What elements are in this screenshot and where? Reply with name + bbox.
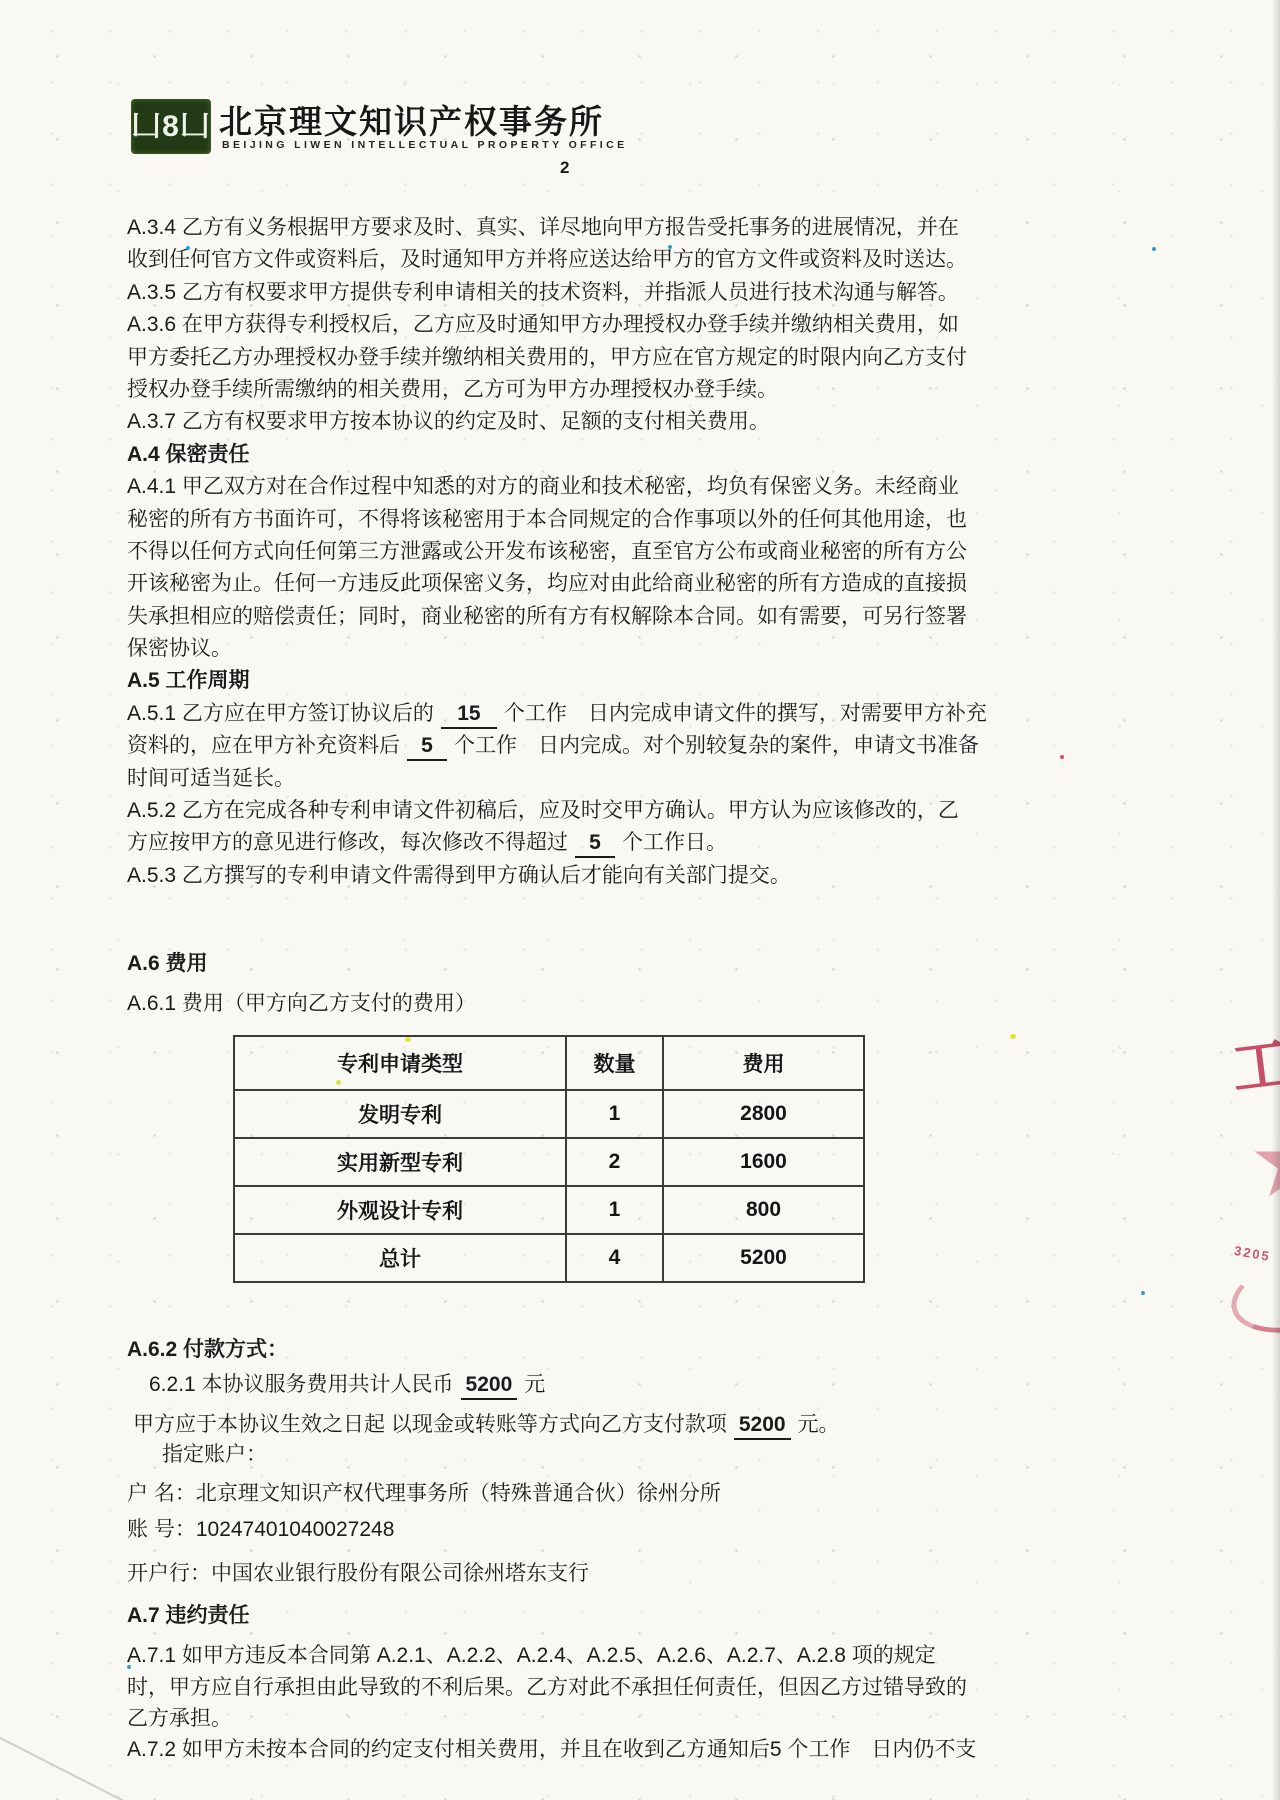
scan-edge-shadow (1272, 0, 1280, 1800)
scanned-contract-page: 凵8凵 北京理文知识产权事务所 BEIJING LIWEN INTELLECTU… (0, 0, 1280, 1800)
clause-line: A.6.1 费用（甲方向乙方支付的费用） (127, 984, 1012, 1024)
blank-pay-5200: 5200 (734, 1412, 791, 1440)
clause-text: 资料的，应在甲方补充资料后 (127, 734, 400, 757)
clause-line: A.7.1 如甲方违反本合同第 A.2.1、A.2.2、A.2.4、A.2.5、… (127, 1639, 936, 1669)
clause-line: 时间可适当延长。 (127, 763, 1012, 795)
red-seal-digits: 3205 (1233, 1243, 1272, 1264)
clause-block-a6: A.6 费用 A.6.1 费用（甲方向乙方支付的费用） (127, 944, 1012, 1024)
clause-line: A.3.5 乙方有权要求甲方提供专利申请相关的技术资料，并指派人员进行技术沟通与… (127, 277, 1012, 309)
header-cell-fee: 费用 (663, 1036, 864, 1090)
clause-text: 甲方应于本协议生效之日起 以现金或转账等方式向乙方支付款项 (133, 1413, 727, 1436)
table-cell: 5200 (663, 1234, 864, 1282)
clause-line: 授权办登手续所需缴纳的相关费用，乙方可为甲方办理授权办登手续。 (127, 374, 1012, 406)
clause-line: A.7.2 如甲方未按本合同的约定支付相关费用，并且在收到乙方通知后5 个工作 … (127, 1733, 976, 1763)
table-cell: 实用新型专利 (234, 1138, 566, 1186)
clause-line: A.5.2 乙方在完成各种专利申请文件初稿后，应及时交甲方确认。甲方认为应该修改… (127, 795, 1012, 827)
blank-revision-days-5: 5 (575, 830, 615, 858)
section-heading-a7: A.7 违约责任 (127, 1599, 250, 1629)
table-cell: 发明专利 (234, 1090, 566, 1138)
section-heading-a62: A.6.2 付款方式： (127, 1333, 288, 1363)
clause-line-a52b: 方应按甲方的意见进行修改，每次修改不得超过5个工作日。 (127, 827, 1012, 859)
clause-line: 保密协议。 (127, 633, 1012, 665)
clause-line: 乙方承担。 (127, 1702, 232, 1732)
section-heading-a6: A.6 费用 (127, 944, 1012, 984)
section-heading-a4: A.4 保密责任 (127, 439, 1012, 471)
clause-line: A.3.7 乙方有权要求甲方按本协议的约定及时、足额的支付相关费用。 (127, 406, 1012, 438)
clause-line: 秘密的所有方书面许可，不得将该秘密用于本合同规定的合作事项以外的任何其他用途，也 (127, 504, 1012, 536)
table-cell: 800 (663, 1186, 864, 1234)
org-name-en: BEIJING LIWEN INTELLECTUAL PROPERTY OFFI… (222, 139, 628, 151)
clause-line: A.3.4 乙方有义务根据甲方要求及时、真实、详尽地向甲方报告受托事务的进展情况… (127, 212, 1012, 244)
clause-text: 个工作 日内完成。对个别较复杂的案件，申请文书准备 (454, 734, 979, 757)
header-cell-type: 专利申请类型 (234, 1036, 566, 1090)
fee-table: 专利申请类型 数量 费用 发明专利 1 2800 实用新型专利 2 1600 外… (233, 1035, 865, 1283)
fee-table-header-row: 专利申请类型 数量 费用 (234, 1036, 864, 1090)
scan-speck (127, 1665, 131, 1669)
clause-line: 甲方委托乙方办理授权办登手续并缴纳相关费用的，甲方应在官方规定的时限内向乙方支付 (127, 342, 1012, 374)
clause-line: 开该秘密为止。任何一方违反此项保密义务，均应对由此给商业秘密的所有方造成的直接损 (127, 568, 1012, 600)
table-cell: 2 (566, 1138, 663, 1186)
blank-days-15: 15 (441, 701, 497, 729)
scan-speck (336, 1080, 341, 1085)
table-cell: 1 (566, 1090, 663, 1138)
clause-text: 个工作日。 (622, 831, 727, 854)
clause-text: 方应按甲方的意见进行修改，每次修改不得超过 (127, 831, 568, 854)
org-name-cn: 北京理文知识产权事务所 (219, 96, 604, 143)
account-name: 户 名：北京理文知识产权代理事务所（特殊普通合伙）徐州分所 (127, 1477, 721, 1507)
clause-line-a51b: 资料的，应在甲方补充资料后5个工作 日内完成。对个别较复杂的案件，申请文书准备 (127, 730, 1012, 762)
clause-line-621: 6.2.1 本协议服务费用共计人民币5200元 (149, 1368, 545, 1400)
blank-days-5: 5 (407, 733, 447, 761)
account-label: 指定账户： (162, 1438, 267, 1468)
table-cell: 外观设计专利 (234, 1186, 566, 1234)
scan-fold-line (0, 1734, 128, 1800)
table-cell: 1600 (663, 1138, 864, 1186)
scan-speck (1141, 1291, 1145, 1295)
logo-mark: 凵8凵 (131, 112, 211, 142)
scan-speck (1152, 247, 1156, 251)
clause-block-a3-a5: A.3.4 乙方有义务根据甲方要求及时、真实、详尽地向甲方报告受托事务的进展情况… (127, 212, 1012, 892)
table-row-total: 总计 4 5200 (234, 1234, 864, 1282)
clause-text: 6.2.1 本协议服务费用共计人民币 (149, 1373, 454, 1396)
table-row: 外观设计专利 1 800 (234, 1186, 864, 1234)
clause-line: A.5.3 乙方撰写的专利申请文件需得到甲方确认后才能向有关部门提交。 (127, 860, 1012, 892)
table-cell: 2800 (663, 1090, 864, 1138)
scan-speck (668, 245, 672, 249)
table-cell: 4 (566, 1234, 663, 1282)
clause-line-a51a: A.5.1 乙方应在甲方签订协议后的15个工作 日内完成申请文件的撰写，对需要甲… (127, 698, 1012, 730)
account-number: 账 号：10247401040027248 (127, 1513, 394, 1543)
clause-text: A.5.1 乙方应在甲方签订协议后的 (127, 702, 434, 725)
scan-speck (186, 246, 190, 250)
clause-text: 元。 (798, 1413, 840, 1436)
header-cell-qty: 数量 (566, 1036, 663, 1090)
table-cell: 1 (566, 1186, 663, 1234)
clause-line: 时，甲方应自行承担由此导致的不利后果。乙方对此不承担任何责任，但因乙方过错导致的 (127, 1671, 967, 1701)
table-row: 发明专利 1 2800 (234, 1090, 864, 1138)
scan-speck (1010, 1034, 1016, 1039)
scan-speck (522, 118, 527, 123)
clause-line-pay: 甲方应于本协议生效之日起 以现金或转账等方式向乙方支付款项5200元。 (133, 1408, 840, 1440)
clause-line: 不得以任何方式向任何第三方泄露或公开发布该秘密，直至官方公布或商业秘密的所有方公 (127, 536, 1012, 568)
scan-speck (405, 1037, 411, 1042)
liwen-logo-icon: 凵8凵 (131, 99, 211, 154)
page-number: 2 (560, 158, 569, 178)
blank-total-5200: 5200 (461, 1372, 518, 1400)
table-row: 实用新型专利 2 1600 (234, 1138, 864, 1186)
clause-line: 收到任何官方文件或资料后，及时通知甲方并将应送达给甲方的官方文件或资料及时送达。 (127, 244, 1012, 276)
scan-speck (1060, 755, 1064, 759)
section-heading-a5: A.5 工作周期 (127, 665, 1012, 697)
clause-line: A.4.1 甲乙双方对在合作过程中知悉的对方的商业和技术秘密，均负有保密义务。未… (127, 471, 1012, 503)
account-bank: 开户行：中国农业银行股份有限公司徐州塔东支行 (127, 1557, 589, 1587)
clause-line: A.3.6 在甲方获得专利授权后，乙方应及时通知甲方办理授权办登手续并缴纳相关费… (127, 309, 1012, 341)
clause-line: 失承担相应的赔偿责任；同时，商业秘密的所有方有权解除本合同。如有需要，可另行签署 (127, 601, 1012, 633)
table-cell: 总计 (234, 1234, 566, 1282)
clause-text: 元 (524, 1373, 545, 1396)
clause-text: 个工作 日内完成申请文件的撰写，对需要甲方补充 (504, 702, 987, 725)
